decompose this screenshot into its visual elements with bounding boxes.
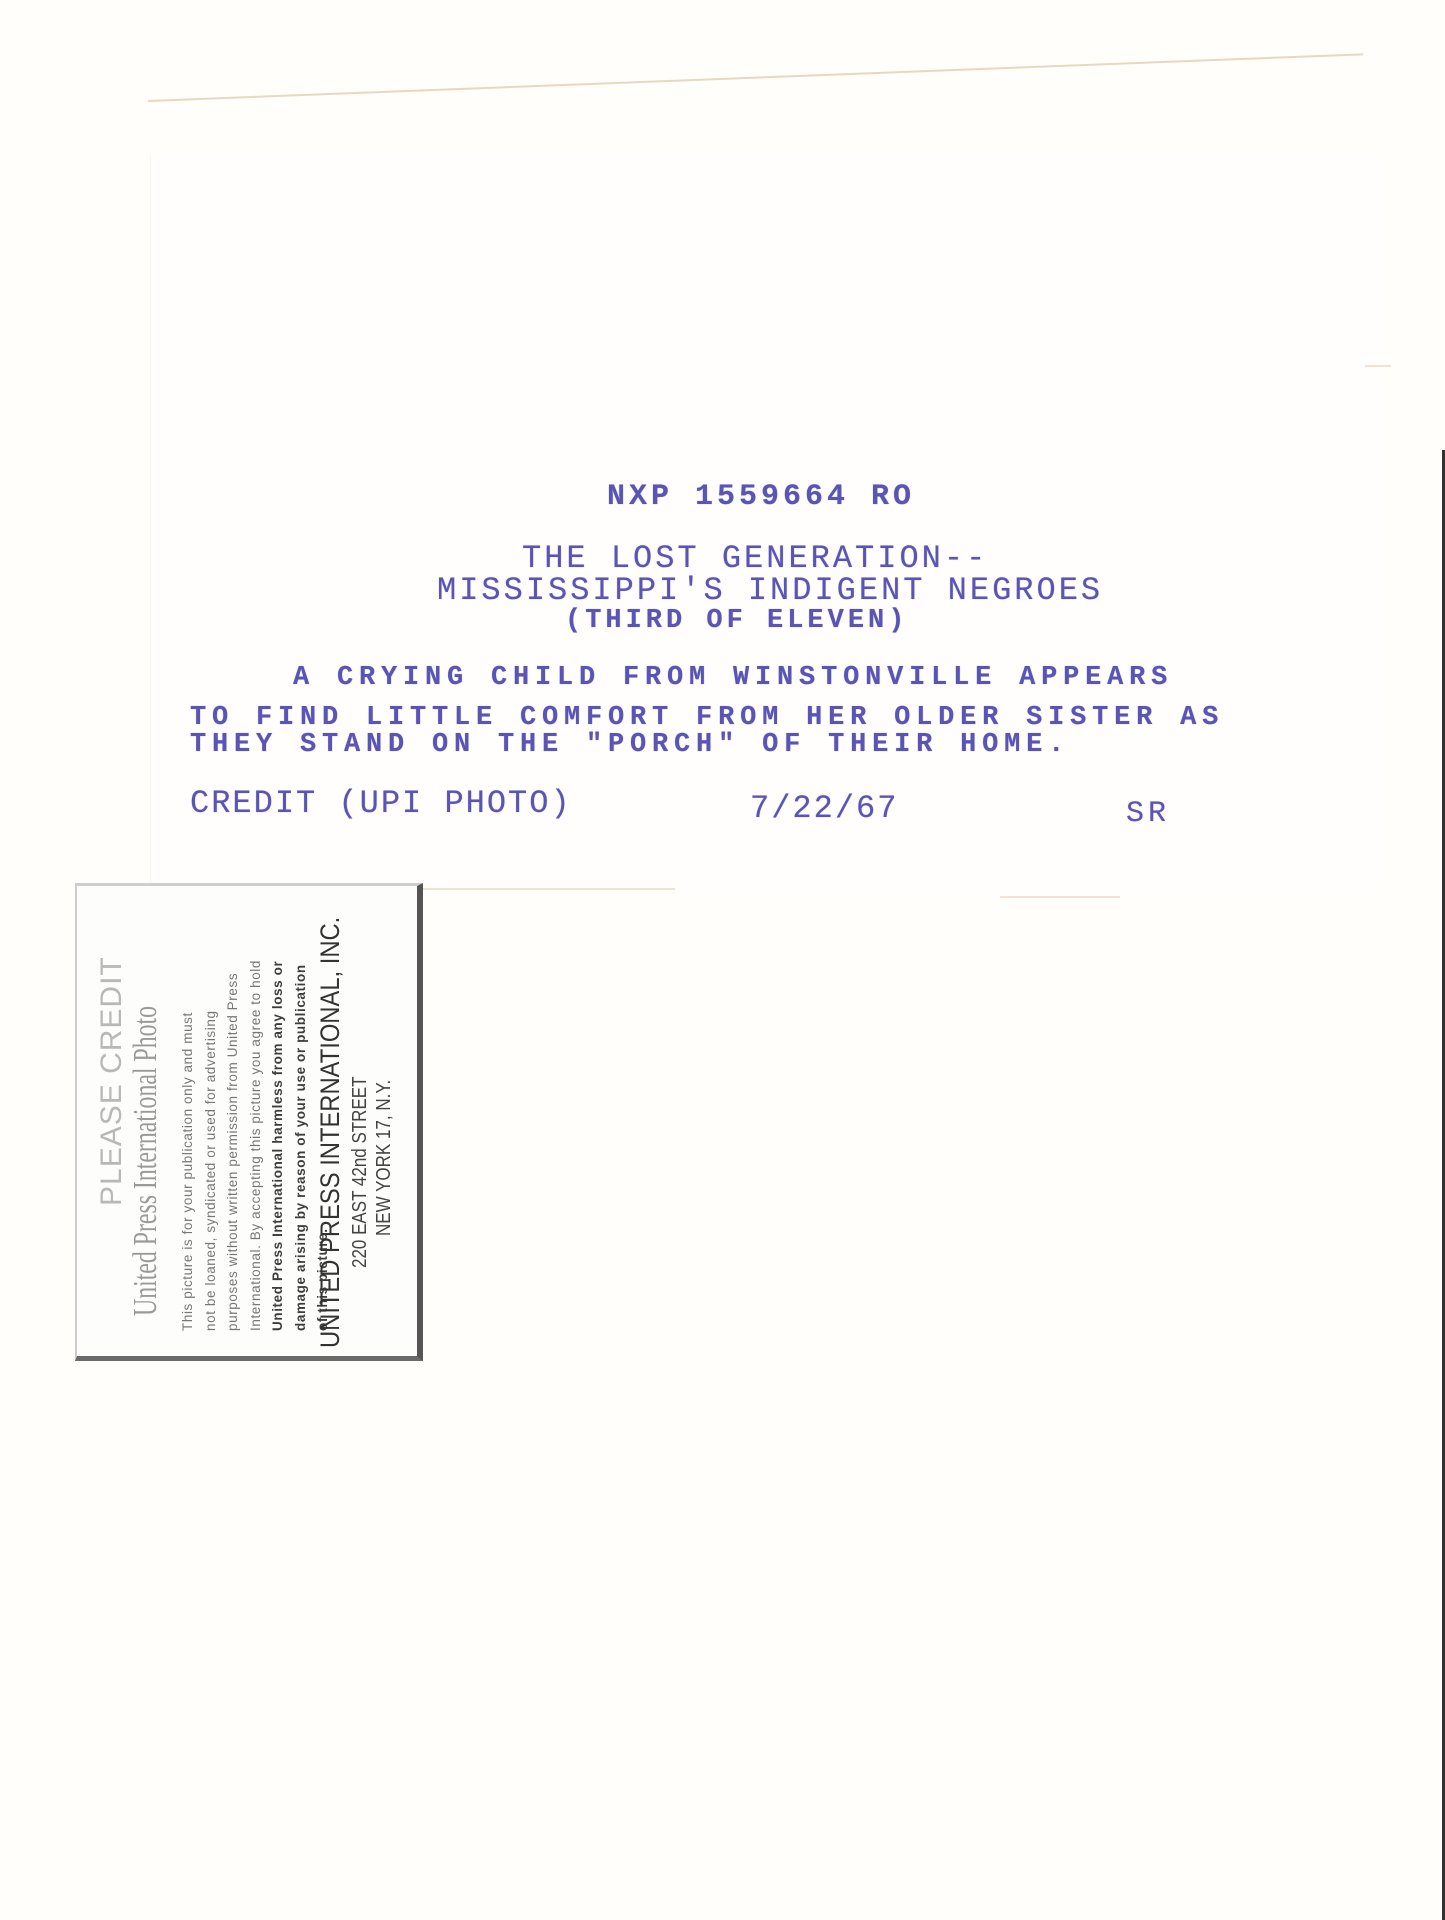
stamp-notice: This picture is for your publication onl… [177,891,335,1331]
stamp-notice-line: purposes without written permission from… [222,891,245,1331]
stamp-notice-line: International. By accepting this picture… [245,891,268,1331]
stamp-notice-line: damage arising by reason of your use or … [290,891,313,1331]
stamp-company: UNITED PRESS INTERNATIONAL, INC. [315,917,346,1348]
credit-stamp: PLEASE CREDIT United Press International… [75,883,423,1361]
reference-number: NXP 1559664 RO [607,480,915,514]
stamp-address-street: 220 EAST 42nd STREET [349,1076,372,1268]
caption-sheet-right-edge [1365,365,1391,367]
caption-sheet-bottom-edge [395,888,675,890]
credit-stamp-content: PLEASE CREDIT United Press International… [77,886,417,1356]
stamp-notice-line: This picture is for your publication onl… [177,891,200,1331]
editor-initials: SR [1126,797,1170,831]
series-note: (THIRD OF ELEVEN) [565,606,908,636]
photo-credit: CREDIT (UPI PHOTO) [190,785,572,822]
headline-line-2: MISSISSIPPI'S INDIGENT NEGROES [437,572,1103,609]
caption-sheet [150,155,1381,895]
caption-line-2: TO FIND LITTLE COMFORT FROM HER OLDER SI… [190,703,1224,733]
caption-line-1: A CRYING CHILD FROM WINSTONVILLE APPEARS [293,663,1173,693]
caption-sheet-bottom-edge-right [1000,896,1120,898]
stamp-address-city: NEW YORK 17, N.Y. [373,1080,396,1236]
caption-date: 7/22/67 [750,790,898,827]
caption-line-3: THEY STAND ON THE "PORCH" OF THEIR HOME. [190,730,1070,760]
stamp-notice-line: United Press International harmless from… [267,891,290,1331]
stamp-notice-line: not be loaned, syndicated or used for ad… [200,891,223,1331]
stamp-heading: PLEASE CREDIT [95,956,129,1206]
paper-top-edge [148,53,1366,164]
stamp-agency: United Press International Photo [127,1006,165,1316]
